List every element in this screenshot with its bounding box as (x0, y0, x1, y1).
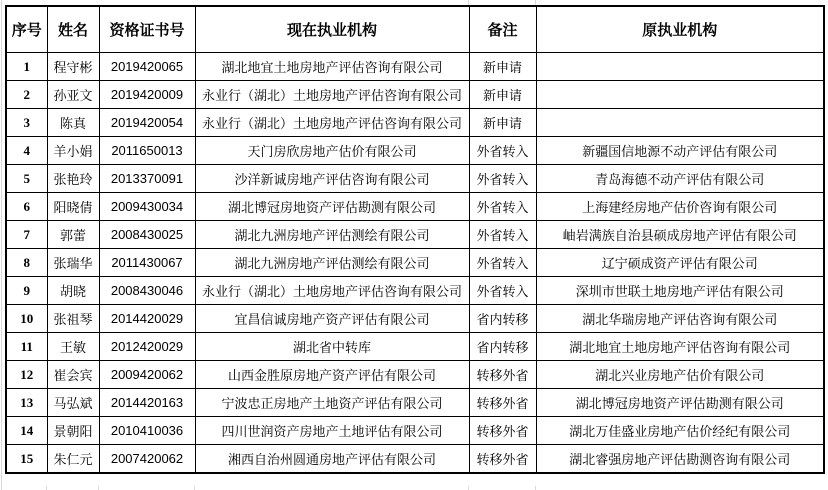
cell-current-org: 湖北省中转库 (195, 333, 469, 361)
cell-original-org: 岫岩满族自治县硕成房地产评估有限公司 (536, 221, 824, 249)
header-cert: 资格证书号 (99, 6, 195, 53)
cell-certificate-no: 2011650013 (99, 137, 195, 165)
gridline-remnant (194, 486, 195, 490)
cell-serial-number: 13 (6, 389, 47, 417)
cell-current-org: 宁波忠正房地产土地资产评估有限公司 (195, 389, 469, 417)
gridline-remnant (46, 486, 47, 490)
gridline-remnant (468, 486, 469, 490)
cell-current-org: 天门房欣房地产估价有限公司 (195, 137, 469, 165)
cell-serial-number: 11 (6, 333, 47, 361)
cell-remark: 外省转入 (469, 165, 536, 193)
gridline-remnant (98, 486, 99, 490)
table-row: 15 朱仁元 2007420062 湘西自治州圆通房地产评估有限公司 转移外省 … (6, 445, 824, 474)
cell-certificate-no: 2019420009 (99, 81, 195, 109)
cell-current-org: 永业行（湖北）土地房地产评估咨询有限公司 (195, 277, 469, 305)
cell-original-org (536, 53, 824, 81)
cell-name: 朱仁元 (47, 445, 99, 474)
header-serial: 序号 (6, 6, 47, 53)
cell-name: 王敏 (47, 333, 99, 361)
cell-name: 崔会宾 (47, 361, 99, 389)
cell-remark: 外省转入 (469, 221, 536, 249)
cell-original-org: 上海建经房地产估价咨询有限公司 (536, 193, 824, 221)
cell-current-org: 永业行（湖北）土地房地产评估咨询有限公司 (195, 81, 469, 109)
table-row: 11 王敏 2012420029 湖北省中转库 省内转移 湖北地宜土地房地产评估… (6, 333, 824, 361)
cell-serial-number: 4 (6, 137, 47, 165)
cell-certificate-no: 2007420062 (99, 445, 195, 474)
cell-name: 张艳玲 (47, 165, 99, 193)
cell-name: 程守彬 (47, 53, 99, 81)
table-row: 8 张瑞华 2011430067 湖北九洲房地产评估测绘有限公司 外省转入 辽宁… (6, 249, 824, 277)
header-remark: 备注 (469, 6, 536, 53)
cell-original-org: 新疆国信地源不动产评估有限公司 (536, 137, 824, 165)
cell-serial-number: 5 (6, 165, 47, 193)
cell-remark: 转移外省 (469, 417, 536, 445)
cell-remark: 新申请 (469, 81, 536, 109)
cell-original-org: 湖北地宜土地房地产评估咨询有限公司 (536, 333, 824, 361)
cell-remark: 外省转入 (469, 249, 536, 277)
cell-certificate-no: 2008430046 (99, 277, 195, 305)
cell-serial-number: 2 (6, 81, 47, 109)
cell-original-org: 湖北博冠房地资产评估勘测有限公司 (536, 389, 824, 417)
table-row: 7 郭蕾 2008430025 湖北九洲房地产评估测绘有限公司 外省转入 岫岩满… (6, 221, 824, 249)
header-name: 姓名 (47, 6, 99, 53)
cell-remark: 外省转入 (469, 193, 536, 221)
cell-current-org: 宜昌信诚房地产资产评估有限公司 (195, 305, 469, 333)
cell-current-org: 永业行（湖北）土地房地产评估咨询有限公司 (195, 109, 469, 137)
cell-remark: 转移外省 (469, 445, 536, 474)
cell-serial-number: 6 (6, 193, 47, 221)
table-row: 4 羊小娟 2011650013 天门房欣房地产估价有限公司 外省转入 新疆国信… (6, 137, 824, 165)
header-row: 序号 姓名 资格证书号 现在执业机构 备注 原执业机构 (6, 6, 824, 53)
cell-current-org: 湖北博冠房地资产评估勘测有限公司 (195, 193, 469, 221)
cell-serial-number: 3 (6, 109, 47, 137)
cell-name: 胡晓 (47, 277, 99, 305)
cell-serial-number: 12 (6, 361, 47, 389)
table-row: 2 孙亚文 2019420009 永业行（湖北）土地房地产评估咨询有限公司 新申… (6, 81, 824, 109)
table-row: 9 胡晓 2008430046 永业行（湖北）土地房地产评估咨询有限公司 外省转… (6, 277, 824, 305)
cell-certificate-no: 2010410036 (99, 417, 195, 445)
cell-serial-number: 15 (6, 445, 47, 474)
cell-original-org: 辽宁硕成资产评估有限公司 (536, 249, 824, 277)
header-original-org: 原执业机构 (536, 6, 824, 53)
cell-serial-number: 9 (6, 277, 47, 305)
cell-name: 孙亚文 (47, 81, 99, 109)
header-current-org: 现在执业机构 (195, 6, 469, 53)
cell-serial-number: 7 (6, 221, 47, 249)
spreadsheet-page: 序号 姓名 资格证书号 现在执业机构 备注 原执业机构 1 程守彬 201942… (0, 0, 828, 490)
cell-current-org: 沙洋新诚房地产评估咨询有限公司 (195, 165, 469, 193)
cell-current-org: 四川世润资产房地产土地评估有限公司 (195, 417, 469, 445)
cell-serial-number: 10 (6, 305, 47, 333)
cell-remark: 外省转入 (469, 277, 536, 305)
cell-name: 张瑞华 (47, 249, 99, 277)
cell-original-org: 深圳市世联土地房地产评估有限公司 (536, 277, 824, 305)
cell-name: 郭蕾 (47, 221, 99, 249)
appraiser-registration-table: 序号 姓名 资格证书号 现在执业机构 备注 原执业机构 1 程守彬 201942… (5, 5, 825, 474)
cell-original-org (536, 109, 824, 137)
cell-certificate-no: 2008430025 (99, 221, 195, 249)
cell-original-org: 青岛海德不动产评估有限公司 (536, 165, 824, 193)
table-row: 12 崔会宾 2009420062 山西金胜原房地产资产评估有限公司 转移外省 … (6, 361, 824, 389)
cell-remark: 新申请 (469, 53, 536, 81)
cell-name: 陈真 (47, 109, 99, 137)
cell-certificate-no: 2009420062 (99, 361, 195, 389)
table-body: 1 程守彬 2019420065 湖北地宜土地房地产评估咨询有限公司 新申请 2… (6, 53, 824, 474)
cell-certificate-no: 2014420029 (99, 305, 195, 333)
cell-remark: 转移外省 (469, 389, 536, 417)
table-row: 14 景朝阳 2010410036 四川世润资产房地产土地评估有限公司 转移外省… (6, 417, 824, 445)
cell-name: 阳晓倩 (47, 193, 99, 221)
cell-remark: 省内转移 (469, 305, 536, 333)
cell-name: 羊小娟 (47, 137, 99, 165)
cell-name: 张祖琴 (47, 305, 99, 333)
cell-original-org: 湖北华瑞房地产评估咨询有限公司 (536, 305, 824, 333)
table-row: 3 陈真 2019420054 永业行（湖北）土地房地产评估咨询有限公司 新申请 (6, 109, 824, 137)
table-row: 5 张艳玲 2013370091 沙洋新诚房地产评估咨询有限公司 外省转入 青岛… (6, 165, 824, 193)
cell-original-org: 湖北睿强房地产评估勘测咨询有限公司 (536, 445, 824, 474)
cell-remark: 外省转入 (469, 137, 536, 165)
table-row: 13 马弘斌 2014420163 宁波忠正房地产土地资产评估有限公司 转移外省… (6, 389, 824, 417)
cell-certificate-no: 2009430034 (99, 193, 195, 221)
table-row: 6 阳晓倩 2009430034 湖北博冠房地资产评估勘测有限公司 外省转入 上… (6, 193, 824, 221)
cell-original-org: 湖北万佳盛业房地产估价经纪有限公司 (536, 417, 824, 445)
cell-certificate-no: 2011430067 (99, 249, 195, 277)
cell-name: 景朝阳 (47, 417, 99, 445)
cell-name: 马弘斌 (47, 389, 99, 417)
cell-original-org: 湖北兴业房地产估价有限公司 (536, 361, 824, 389)
cell-current-org: 山西金胜原房地产资产评估有限公司 (195, 361, 469, 389)
cell-current-org: 湖北地宜土地房地产评估咨询有限公司 (195, 53, 469, 81)
cell-serial-number: 8 (6, 249, 47, 277)
cell-serial-number: 14 (6, 417, 47, 445)
cell-remark: 省内转移 (469, 333, 536, 361)
cell-current-org: 湖北九洲房地产评估测绘有限公司 (195, 221, 469, 249)
cell-certificate-no: 2019420054 (99, 109, 195, 137)
cell-current-org: 湘西自治州圆通房地产评估有限公司 (195, 445, 469, 474)
table-row: 10 张祖琴 2014420029 宜昌信诚房地产资产评估有限公司 省内转移 湖… (6, 305, 824, 333)
gridline-remnant (1, 0, 2, 490)
cell-remark: 转移外省 (469, 361, 536, 389)
cell-serial-number: 1 (6, 53, 47, 81)
cell-certificate-no: 2012420029 (99, 333, 195, 361)
cell-certificate-no: 2019420065 (99, 53, 195, 81)
cell-original-org (536, 81, 824, 109)
cell-certificate-no: 2013370091 (99, 165, 195, 193)
table-row: 1 程守彬 2019420065 湖北地宜土地房地产评估咨询有限公司 新申请 (6, 53, 824, 81)
cell-certificate-no: 2014420163 (99, 389, 195, 417)
cell-current-org: 湖北九洲房地产评估测绘有限公司 (195, 249, 469, 277)
gridline-remnant (535, 486, 536, 490)
cell-remark: 新申请 (469, 109, 536, 137)
